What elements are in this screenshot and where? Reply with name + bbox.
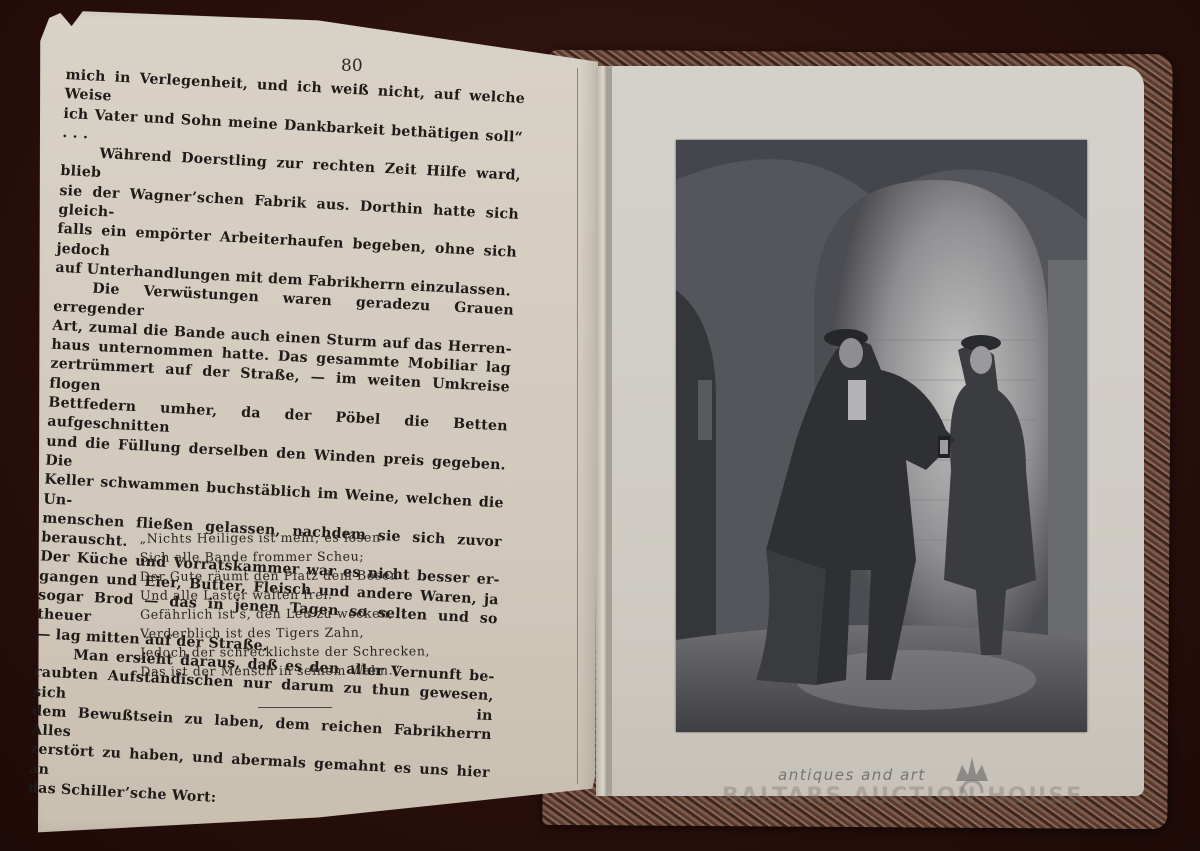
poem-line: Gefährlich ist’s, den Leu zu wecken, [140,603,440,624]
poem-line: Jedoch der schrecklichste der Schrecken, [140,641,440,662]
engraving-scene [676,140,1087,732]
engraving-illustration [676,140,1087,732]
poem-line: „Nichts Heiliges ist mehr, es lösen [140,527,440,548]
poem-line: Verderblich ist des Tigers Zahn, [140,622,440,643]
poem-line: Und alle Laster walten frei. [140,584,440,605]
page-gutter-line [577,68,578,784]
page-number: 80 [341,56,363,76]
poem-line: Der Gute räumt den Platz dem Bösen [140,565,440,586]
section-end-rule [258,707,332,708]
schiller-poem-quote: „Nichts Heiliges ist mehr, es lösen Sich… [140,527,441,681]
body-text: mich in Verlegenheit, und ich weiß nicht… [28,66,526,822]
poem-line: Das ist der Mensch in seinem Wahn.“ [140,660,440,681]
poem-line: Sich alle Bande frommer Scheu; [140,546,440,567]
